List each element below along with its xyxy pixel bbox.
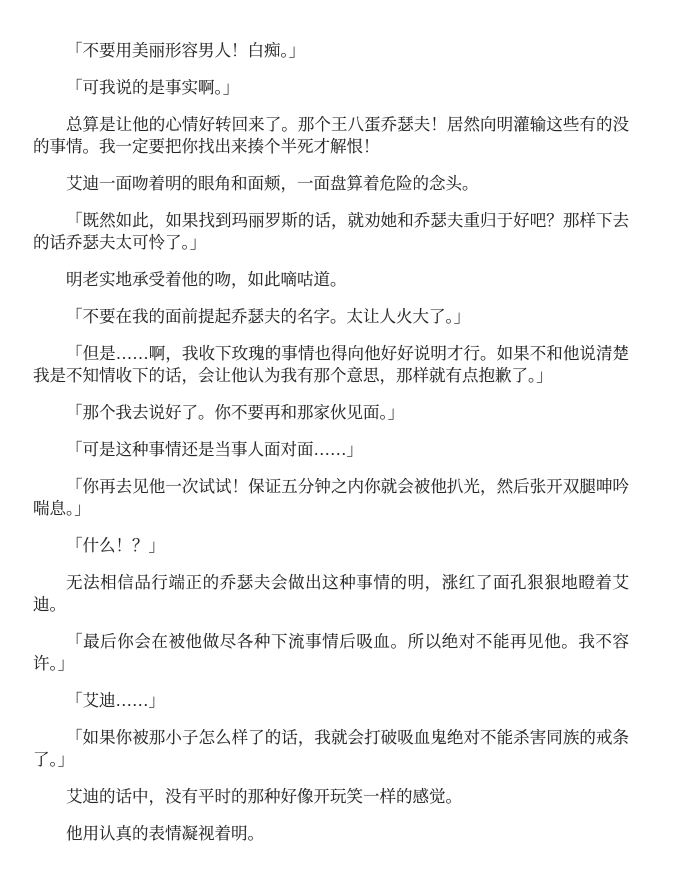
paragraph: 「既然如此，如果找到玛丽罗斯的话，就劝她和乔瑟夫重归于好吧？那样下去的话乔瑟夫太… [33,210,629,254]
paragraph: 「什么！？」 [33,535,629,557]
paragraph: 「如果你被那小子怎么样了的话，我就会打破吸血鬼绝对不能杀害同族的戒条了。」 [33,727,629,771]
paragraph: 艾迪的话中，没有平时的那种好像开玩笑一样的感觉。 [33,786,629,808]
paragraph: 「艾迪……」 [33,690,629,712]
paragraph: 「可是这种事情还是当事人面对面……」 [33,439,629,461]
paragraph: 「你再去见他一次试试！保证五分钟之内你就会被他扒光，然后张开双腿呻吟喘息。」 [33,476,629,520]
paragraph: 艾迪一面吻着明的眼角和面颊，一面盘算着危险的念头。 [33,173,629,195]
paragraph: 「不要在我的面前提起乔瑟夫的名字。太让人火大了。」 [33,306,629,328]
paragraph: 「可我说的是事实啊。」 [33,77,629,99]
paragraph: 「最后你会在被他做尽各种下流事情后吸血。所以绝对不能再见他。我不容许。」 [33,631,629,675]
novel-page: 「不要用美丽形容男人！白痴。」「可我说的是事实啊。」总算是让他的心情好转回来了。… [0,0,680,880]
paragraph: 明老实地承受着他的吻，如此嘀咕道。 [33,269,629,291]
paragraph: 无法相信品行端正的乔瑟夫会做出这种事情的明，涨红了面孔狠狠地瞪着艾迪。 [33,572,629,616]
paragraph: 他用认真的表情凝视着明。 [33,823,629,845]
paragraph: 「不要用美丽形容男人！白痴。」 [33,40,629,62]
paragraph: 「那个我去说好了。你不要再和那家伙见面。」 [33,402,629,424]
text-content: 「不要用美丽形容男人！白痴。」「可我说的是事实啊。」总算是让他的心情好转回来了。… [33,40,629,845]
paragraph: 总算是让他的心情好转回来了。那个王八蛋乔瑟夫！居然向明灌输这些有的没的事情。我一… [33,114,629,158]
paragraph: 「但是……啊，我收下玫瑰的事情也得向他好好说明才行。如果不和他说清楚我是不知情收… [33,343,629,387]
